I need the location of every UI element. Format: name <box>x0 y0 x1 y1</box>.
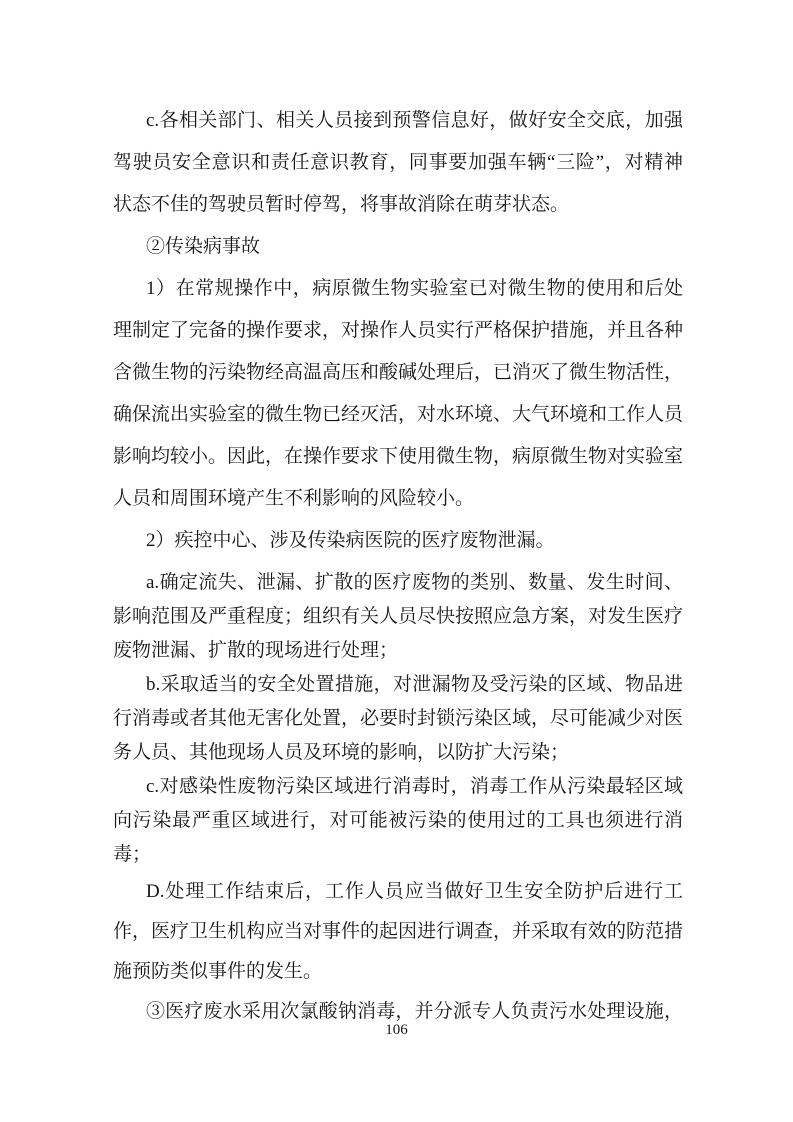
text-line: 人员和周围环境产生不利影响的风险较小。 <box>113 478 683 520</box>
paragraph: c.对感染性废物污染区域进行消毒时，消毒工作从污染最轻区域 向污染最严重区域进行… <box>113 770 683 872</box>
text-line: 废物泄漏、扩散的现场进行处理； <box>113 634 683 668</box>
text-line: 影响范围及严重程度；组织有关人员尽快按照应急方案，对发生医疗 <box>113 600 683 634</box>
text-line: 含微生物的污染物经高温高压和酸碱处理后，已消灭了微生物活性， <box>113 352 683 394</box>
text-line: 行消毒或者其他无害化处置，必要时封锁污染区域，尽可能减少对医 <box>113 702 683 736</box>
paragraph: D.处理工作结束后，工作人员应当做好卫生安全防护后进行工 作，医疗卫生机构应当对… <box>113 872 683 992</box>
paragraph: 1）在常规操作中，病原微生物实验室已对微生物的使用和后处 理制定了完备的操作要求… <box>113 268 683 520</box>
paragraph: 2）疾控中心、涉及传染病医院的医疗废物泄漏。 <box>113 520 683 562</box>
text-line: 毒； <box>113 838 683 872</box>
paragraph: c.各相关部门、相关人员接到预警信息好，做好安全交底，加强 驾驶员安全意识和责任… <box>113 100 683 226</box>
text-line: b.采取适当的安全处置措施，对泄漏物及受污染的区域、物品进 <box>113 668 683 702</box>
text-line: 1）在常规操作中，病原微生物实验室已对微生物的使用和后处 <box>113 268 683 310</box>
text-line: 确保流出实验室的微生物已经灭活，对水环境、大气环境和工作人员 <box>113 394 683 436</box>
text-line: 驾驶员安全意识和责任意识教育，同事要加强车辆“三险”，对精神 <box>113 142 683 184</box>
paragraph: b.采取适当的安全处置措施，对泄漏物及受污染的区域、物品进 行消毒或者其他无害化… <box>113 668 683 770</box>
text-line: 务人员、其他现场人员及环境的影响，以防扩大污染； <box>113 736 683 770</box>
text-line: ②传染病事故 <box>113 226 683 268</box>
text-line: 2）疾控中心、涉及传染病医院的医疗废物泄漏。 <box>113 520 683 562</box>
text-line: 施预防类似事件的发生。 <box>113 952 683 992</box>
text-line: D.处理工作结束后，工作人员应当做好卫生安全防护后进行工 <box>113 872 683 912</box>
document-page: c.各相关部门、相关人员接到预警信息好，做好安全交底，加强 驾驶员安全意识和责任… <box>0 0 793 1122</box>
text-line: 向污染最严重区域进行，对可能被污染的使用过的工具也须进行消 <box>113 804 683 838</box>
text-line: 作，医疗卫生机构应当对事件的起因进行调查，并采取有效的防范措 <box>113 912 683 952</box>
text-line: 状态不佳的驾驶员暂时停驾，将事故消除在萌芽状态。 <box>113 184 683 226</box>
text-line: 理制定了完备的操作要求，对操作人员实行严格保护措施，并且各种 <box>113 310 683 352</box>
text-line: a.确定流失、泄漏、扩散的医疗废物的类别、数量、发生时间、 <box>113 566 683 600</box>
paragraph: ②传染病事故 <box>113 226 683 268</box>
page-content: c.各相关部门、相关人员接到预警信息好，做好安全交底，加强 驾驶员安全意识和责任… <box>113 100 683 1032</box>
paragraph: a.确定流失、泄漏、扩散的医疗废物的类别、数量、发生时间、 影响范围及严重程度；… <box>113 566 683 668</box>
text-line: c.各相关部门、相关人员接到预警信息好，做好安全交底，加强 <box>113 100 683 142</box>
text-line: c.对感染性废物污染区域进行消毒时，消毒工作从污染最轻区域 <box>113 770 683 804</box>
text-line: 影响均较小。因此，在操作要求下使用微生物，病原微生物对实验室 <box>113 436 683 478</box>
page-number: 106 <box>0 1022 793 1039</box>
